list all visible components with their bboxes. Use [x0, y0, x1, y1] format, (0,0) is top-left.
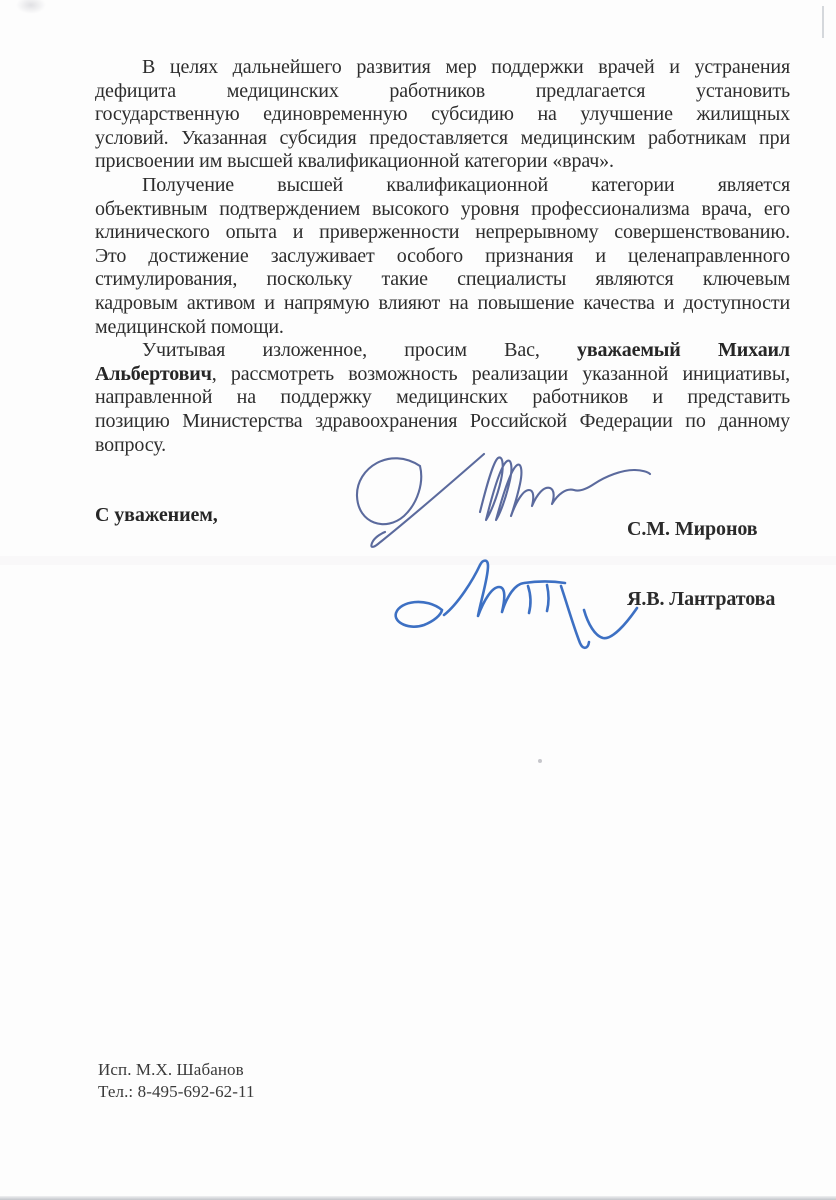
text-line: государственную единовременную субсидию … — [95, 103, 790, 127]
text-run: Это достижение заслуживает особого призн… — [95, 245, 790, 267]
text-line: присвоении им высшей квалификационной ка… — [95, 150, 790, 174]
text-run: кадровым активом и напрямую влияют на по… — [95, 292, 790, 314]
text-run: позицию Министерства здравоохранения Рос… — [95, 410, 790, 432]
text-line: Получение высшей квалификационной катего… — [95, 174, 790, 198]
scan-speck — [538, 759, 542, 763]
signature-lantratova-image — [388, 552, 643, 652]
text-run: клинического опыта и приверженности непр… — [95, 221, 790, 243]
text-run: Учитывая изложенное, просим Вас, — [142, 339, 577, 361]
scan-smudge-top-left — [16, 0, 46, 14]
text-line: объективным подтверждением высокого уров… — [95, 198, 790, 222]
text-line: В целях дальнейшего развития мер поддерж… — [95, 56, 790, 80]
text-line: направленной на поддержку медицинских ра… — [95, 386, 790, 410]
closing-salutation: С уважением, — [95, 504, 218, 527]
scan-bottom-edge — [0, 1196, 836, 1200]
scan-line-top-right — [822, 6, 824, 38]
footer-phone: Тел.: 8-495-692-62-11 — [98, 1081, 255, 1103]
text-run: , рассмотреть возможность реализации ука… — [212, 363, 790, 385]
footer-executor: Исп. М.Х. Шабанов — [98, 1059, 255, 1081]
signature-mironov-image — [330, 444, 660, 556]
text-run-bold: уважаемый Михаил — [577, 339, 790, 361]
text-line: дефицита медицинских работников предлага… — [95, 80, 790, 104]
text-run: государственную единовременную субсидию … — [95, 103, 790, 125]
signature-name-lantratova: Я.В. Лантратова — [627, 588, 775, 611]
letter-body: В целях дальнейшего развития мер поддерж… — [95, 56, 790, 457]
text-line: медицинской помощи. — [95, 316, 790, 340]
footer: Исп. М.Х. Шабанов Тел.: 8-495-692-62-11 — [98, 1059, 255, 1102]
text-run: направленной на поддержку медицинских ра… — [95, 386, 790, 408]
letter-page: В целях дальнейшего развития мер поддерж… — [0, 0, 836, 1200]
text-run: Получение высшей квалификационной катего… — [142, 174, 790, 196]
text-line: Альбертович, рассмотреть возможность реа… — [95, 363, 790, 387]
text-run: медицинской помощи. — [95, 316, 284, 338]
text-line: условий. Указанная субсидия предоставляе… — [95, 127, 790, 151]
text-line: стимулирования, поскольку такие специали… — [95, 268, 790, 292]
text-run: присвоении им высшей квалификационной ка… — [95, 150, 614, 172]
text-line: клинического опыта и приверженности непр… — [95, 221, 790, 245]
signature-name-mironov: С.М. Миронов — [627, 518, 757, 541]
text-line: Учитывая изложенное, просим Вас, уважаем… — [95, 339, 790, 363]
text-line: Это достижение заслуживает особого призн… — [95, 245, 790, 269]
text-run: В целях дальнейшего развития мер поддерж… — [142, 56, 790, 78]
text-run: вопросу. — [95, 434, 166, 456]
text-run: стимулирования, поскольку такие специали… — [95, 268, 790, 290]
text-line: позицию Министерства здравоохранения Рос… — [95, 410, 790, 434]
text-run: дефицита медицинских работников предлага… — [95, 80, 790, 102]
text-run-bold: Альбертович — [95, 363, 212, 385]
text-run: объективным подтверждением высокого уров… — [95, 198, 790, 220]
text-run: условий. Указанная субсидия предоставляе… — [95, 127, 790, 149]
text-line: кадровым активом и напрямую влияют на по… — [95, 292, 790, 316]
